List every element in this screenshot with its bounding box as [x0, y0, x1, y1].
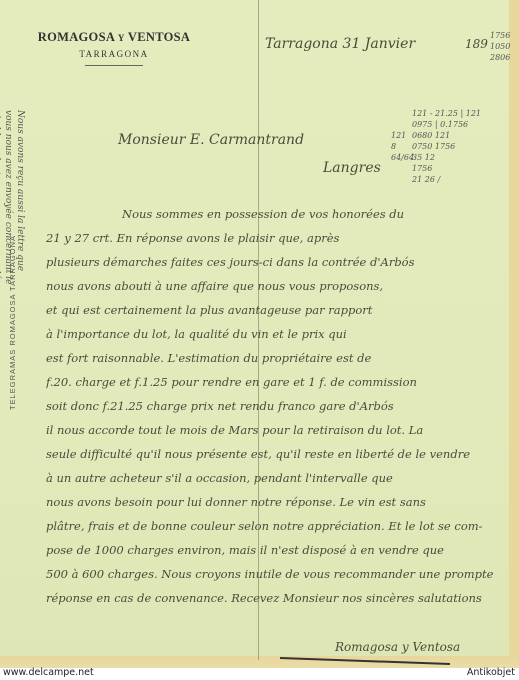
- body-line: seule difficulté qu'il nous présente est…: [46, 442, 507, 466]
- body-line: plusieurs démarches faites ces jours-ci …: [46, 250, 507, 274]
- body-line: 21 y 27 crt. En réponse avons le plaisir…: [46, 226, 507, 250]
- body-line: à l'importance du lot, la qualité du vin…: [46, 322, 507, 346]
- body-line: réponse en cas de convenance. Recevez Mo…: [46, 586, 507, 610]
- body-line: à un autre acheteur s'il a occasion, pen…: [46, 466, 507, 490]
- watermark-right: Antikobjet: [467, 667, 515, 678]
- letterhead: ROMAGOSA Y VENTOSA TARRAGONA: [34, 30, 194, 66]
- watermark-left: www.delcampe.net: [3, 667, 94, 678]
- signature: Romagosa y Ventosa: [335, 640, 460, 654]
- body-line: nous avons besoin pour lui donner notre …: [46, 490, 507, 514]
- company-name: ROMAGOSA Y VENTOSA: [34, 30, 194, 45]
- company-city: TARRAGONA: [34, 49, 194, 59]
- addressee-town: Langres: [323, 160, 381, 176]
- body-line: 500 à 600 charges. Nous croyons inutile …: [46, 562, 507, 586]
- calculation-top-right: 1756 1050 2806: [490, 30, 510, 63]
- paper-edge: [509, 0, 519, 668]
- letter-year: 189: [465, 37, 488, 51]
- letter-body: Nous sommes en possession de vos honorée…: [112, 202, 507, 610]
- calculation-middle: 121 - 21.25 | 121 0975 | 0.1756 0680 121…: [412, 108, 481, 185]
- calculation-left: 121 8 64/64: [391, 130, 414, 163]
- body-line: soit donc f.21.25 charge prix net rendu …: [46, 394, 507, 418]
- body-line: f.20. charge et f.1.25 pour rendre en ga…: [46, 370, 507, 394]
- body-line: Nous sommes en possession de vos honorée…: [112, 202, 507, 226]
- letter-date: Tarragona 31 Janvier: [265, 36, 415, 52]
- margin-note: Nous avons reçu aussi la lettre que vous…: [0, 110, 25, 284]
- body-line: il nous accorde tout le mois de Mars pou…: [46, 418, 507, 442]
- body-line: pose de 1000 charges environ, mais il n'…: [46, 538, 507, 562]
- addressee: Monsieur E. Carmantrand: [118, 132, 304, 148]
- letterhead-rule: [85, 65, 143, 66]
- body-line: plâtre, frais et de bonne couleur selon …: [46, 514, 507, 538]
- body-line: est fort raisonnable. L'estimation du pr…: [46, 346, 507, 370]
- body-line: nous avons abouti à une affaire que nous…: [46, 274, 507, 298]
- body-line: et qui est certainement la plus avantage…: [46, 298, 507, 322]
